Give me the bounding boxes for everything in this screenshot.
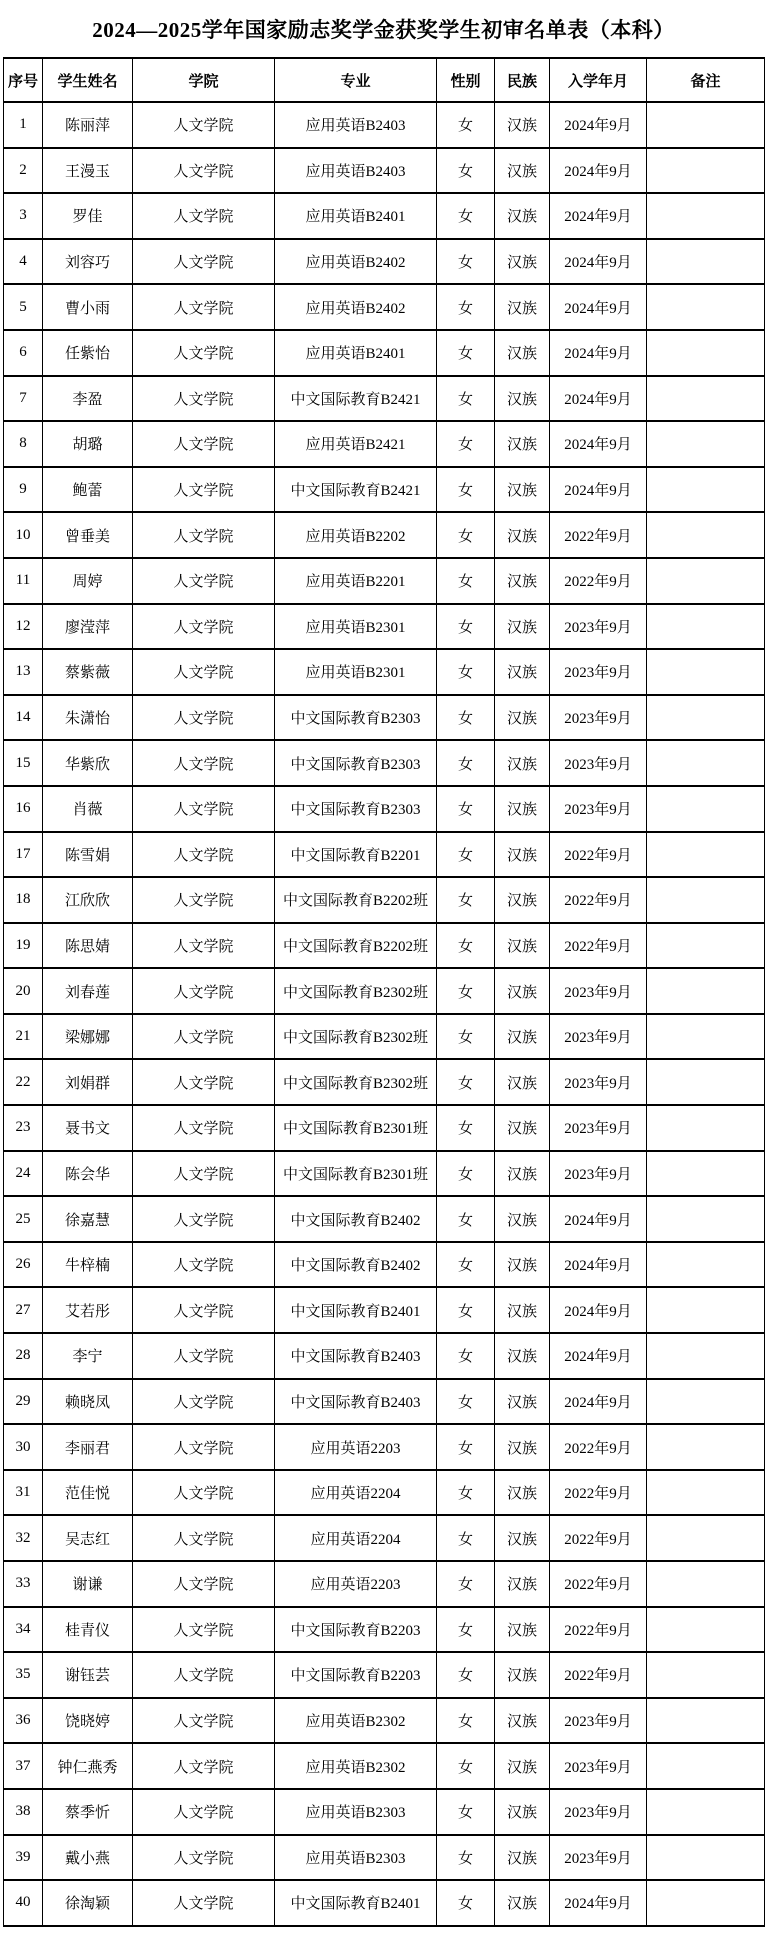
cell-college: 人文学院: [133, 193, 275, 239]
cell-ethnicity: 汉族: [495, 1515, 550, 1561]
cell-name: 艾若彤: [43, 1287, 133, 1333]
table-row: 29赖晓凤人文学院中文国际教育B2403女汉族2024年9月: [4, 1379, 765, 1425]
cell-ethnicity: 汉族: [495, 1561, 550, 1607]
cell-ethnicity: 汉族: [495, 740, 550, 786]
cell-remark: [647, 1424, 765, 1470]
cell-no: 36: [4, 1698, 43, 1744]
cell-gender: 女: [437, 148, 495, 194]
cell-no: 29: [4, 1379, 43, 1425]
table-row: 16肖薇人文学院中文国际教育B2303女汉族2023年9月: [4, 786, 765, 832]
table-row: 13蔡紫薇人文学院应用英语B2301女汉族2023年9月: [4, 649, 765, 695]
cell-ethnicity: 汉族: [495, 148, 550, 194]
cell-gender: 女: [437, 695, 495, 741]
cell-remark: [647, 330, 765, 376]
cell-ethnicity: 汉族: [495, 832, 550, 878]
cell-gender: 女: [437, 1515, 495, 1561]
cell-major: 应用英语B2202: [275, 512, 437, 558]
cell-name: 李丽君: [43, 1424, 133, 1470]
cell-remark: [647, 923, 765, 969]
cell-remark: [647, 239, 765, 285]
cell-remark: [647, 1607, 765, 1653]
cell-no: 12: [4, 604, 43, 650]
cell-ethnicity: 汉族: [495, 604, 550, 650]
cell-ethnicity: 汉族: [495, 1698, 550, 1744]
cell-ethnicity: 汉族: [495, 330, 550, 376]
table-row: 1陈丽萍人文学院应用英语B2403女汉族2024年9月: [4, 102, 765, 148]
cell-college: 人文学院: [133, 1835, 275, 1881]
cell-gender: 女: [437, 1652, 495, 1698]
cell-ethnicity: 汉族: [495, 877, 550, 923]
cell-gender: 女: [437, 1424, 495, 1470]
cell-enroll: 2022年9月: [550, 923, 647, 969]
cell-ethnicity: 汉族: [495, 649, 550, 695]
table-row: 4刘容巧人文学院应用英语B2402女汉族2024年9月: [4, 239, 765, 285]
cell-remark: [647, 558, 765, 604]
title-bar: 2024—2025学年国家励志奖学金获奖学生初审名单表（本科）: [0, 0, 767, 57]
cell-college: 人文学院: [133, 1515, 275, 1561]
header-ethnicity: 民族: [495, 58, 550, 102]
cell-remark: [647, 832, 765, 878]
cell-name: 聂书文: [43, 1105, 133, 1151]
table-header: 序号 学生姓名 学院 专业 性别 民族 入学年月 备注: [4, 58, 765, 102]
cell-no: 40: [4, 1880, 43, 1926]
table-row: 35谢钰芸人文学院中文国际教育B2203女汉族2022年9月: [4, 1652, 765, 1698]
cell-name: 吴志红: [43, 1515, 133, 1561]
cell-enroll: 2023年9月: [550, 740, 647, 786]
cell-name: 江欣欣: [43, 877, 133, 923]
cell-name: 王漫玉: [43, 148, 133, 194]
cell-no: 28: [4, 1333, 43, 1379]
cell-name: 任紫怡: [43, 330, 133, 376]
cell-enroll: 2024年9月: [550, 102, 647, 148]
cell-college: 人文学院: [133, 786, 275, 832]
cell-major: 应用英语B2302: [275, 1743, 437, 1789]
cell-name: 蔡季忻: [43, 1789, 133, 1835]
cell-enroll: 2024年9月: [550, 239, 647, 285]
cell-name: 李宁: [43, 1333, 133, 1379]
cell-gender: 女: [437, 1743, 495, 1789]
cell-name: 陈会华: [43, 1151, 133, 1197]
cell-remark: [647, 968, 765, 1014]
cell-ethnicity: 汉族: [495, 193, 550, 239]
cell-no: 13: [4, 649, 43, 695]
cell-major: 应用英语B2302: [275, 1698, 437, 1744]
table-row: 30李丽君人文学院应用英语2203女汉族2022年9月: [4, 1424, 765, 1470]
cell-college: 人文学院: [133, 1242, 275, 1288]
table-row: 28李宁人文学院中文国际教育B2403女汉族2024年9月: [4, 1333, 765, 1379]
cell-name: 牛梓楠: [43, 1242, 133, 1288]
cell-remark: [647, 1196, 765, 1242]
cell-major: 应用英语2203: [275, 1424, 437, 1470]
cell-remark: [647, 604, 765, 650]
table-row: 22刘娟群人文学院中文国际教育B2302班女汉族2023年9月: [4, 1059, 765, 1105]
cell-ethnicity: 汉族: [495, 421, 550, 467]
cell-major: 中文国际教育B2203: [275, 1607, 437, 1653]
cell-no: 15: [4, 740, 43, 786]
cell-gender: 女: [437, 1880, 495, 1926]
cell-name: 罗佳: [43, 193, 133, 239]
header-remark: 备注: [647, 58, 765, 102]
cell-major: 中文国际教育B2402: [275, 1196, 437, 1242]
cell-no: 19: [4, 923, 43, 969]
cell-name: 李盈: [43, 376, 133, 422]
cell-no: 17: [4, 832, 43, 878]
cell-name: 曾垂美: [43, 512, 133, 558]
cell-remark: [647, 1743, 765, 1789]
cell-ethnicity: 汉族: [495, 239, 550, 285]
cell-remark: [647, 148, 765, 194]
cell-no: 1: [4, 102, 43, 148]
cell-enroll: 2024年9月: [550, 1880, 647, 1926]
cell-remark: [647, 877, 765, 923]
cell-college: 人文学院: [133, 512, 275, 558]
cell-ethnicity: 汉族: [495, 923, 550, 969]
cell-enroll: 2022年9月: [550, 1515, 647, 1561]
cell-name: 刘容巧: [43, 239, 133, 285]
table-row: 24陈会华人文学院中文国际教育B2301班女汉族2023年9月: [4, 1151, 765, 1197]
cell-major: 中文国际教育B2403: [275, 1379, 437, 1425]
cell-no: 32: [4, 1515, 43, 1561]
cell-enroll: 2024年9月: [550, 330, 647, 376]
cell-gender: 女: [437, 421, 495, 467]
cell-no: 25: [4, 1196, 43, 1242]
cell-enroll: 2023年9月: [550, 604, 647, 650]
cell-major: 应用英语B2303: [275, 1835, 437, 1881]
cell-college: 人文学院: [133, 832, 275, 878]
cell-college: 人文学院: [133, 1652, 275, 1698]
table-row: 33谢谦人文学院应用英语2203女汉族2022年9月: [4, 1561, 765, 1607]
cell-gender: 女: [437, 1287, 495, 1333]
cell-remark: [647, 1014, 765, 1060]
cell-ethnicity: 汉族: [495, 512, 550, 558]
cell-name: 曹小雨: [43, 284, 133, 330]
cell-enroll: 2023年9月: [550, 1743, 647, 1789]
cell-major: 中文国际教育B2303: [275, 695, 437, 741]
cell-college: 人文学院: [133, 1698, 275, 1744]
table-row: 38蔡季忻人文学院应用英语B2303女汉族2023年9月: [4, 1789, 765, 1835]
cell-name: 饶晓婷: [43, 1698, 133, 1744]
cell-college: 人文学院: [133, 1287, 275, 1333]
table-row: 40徐淘颖人文学院中文国际教育B2401女汉族2024年9月: [4, 1880, 765, 1926]
cell-enroll: 2022年9月: [550, 1470, 647, 1516]
cell-ethnicity: 汉族: [495, 102, 550, 148]
cell-gender: 女: [437, 1470, 495, 1516]
cell-name: 朱潇怡: [43, 695, 133, 741]
table-row: 12廖滢萍人文学院应用英语B2301女汉族2023年9月: [4, 604, 765, 650]
table-row: 5曹小雨人文学院应用英语B2402女汉族2024年9月: [4, 284, 765, 330]
table-row: 9鲍蕾人文学院中文国际教育B2421女汉族2024年9月: [4, 467, 765, 513]
cell-college: 人文学院: [133, 695, 275, 741]
header-gender: 性别: [437, 58, 495, 102]
table-row: 7李盈人文学院中文国际教育B2421女汉族2024年9月: [4, 376, 765, 422]
header-enroll: 入学年月: [550, 58, 647, 102]
cell-enroll: 2022年9月: [550, 877, 647, 923]
table-row: 31范佳悦人文学院应用英语2204女汉族2022年9月: [4, 1470, 765, 1516]
cell-ethnicity: 汉族: [495, 1652, 550, 1698]
header-name: 学生姓名: [43, 58, 133, 102]
table-row: 8胡璐人文学院应用英语B2421女汉族2024年9月: [4, 421, 765, 467]
cell-remark: [647, 512, 765, 558]
cell-no: 5: [4, 284, 43, 330]
cell-gender: 女: [437, 558, 495, 604]
cell-college: 人文学院: [133, 330, 275, 376]
cell-ethnicity: 汉族: [495, 558, 550, 604]
cell-name: 鲍蕾: [43, 467, 133, 513]
scholarship-roster-table: 序号 学生姓名 学院 专业 性别 民族 入学年月 备注 1陈丽萍人文学院应用英语…: [3, 57, 765, 1927]
cell-gender: 女: [437, 284, 495, 330]
cell-name: 谢谦: [43, 1561, 133, 1607]
cell-remark: [647, 1287, 765, 1333]
cell-major: 中文国际教育B2202班: [275, 877, 437, 923]
cell-remark: [647, 786, 765, 832]
table-row: 14朱潇怡人文学院中文国际教育B2303女汉族2023年9月: [4, 695, 765, 741]
cell-college: 人文学院: [133, 1789, 275, 1835]
cell-enroll: 2022年9月: [550, 1561, 647, 1607]
cell-major: 应用英语B2402: [275, 284, 437, 330]
cell-name: 戴小燕: [43, 1835, 133, 1881]
cell-enroll: 2024年9月: [550, 1333, 647, 1379]
cell-enroll: 2024年9月: [550, 421, 647, 467]
cell-gender: 女: [437, 1014, 495, 1060]
cell-name: 徐淘颖: [43, 1880, 133, 1926]
header-row: 序号 学生姓名 学院 专业 性别 民族 入学年月 备注: [4, 58, 765, 102]
cell-major: 应用英语B2402: [275, 239, 437, 285]
cell-enroll: 2024年9月: [550, 1287, 647, 1333]
cell-no: 38: [4, 1789, 43, 1835]
cell-no: 39: [4, 1835, 43, 1881]
cell-ethnicity: 汉族: [495, 1424, 550, 1470]
cell-ethnicity: 汉族: [495, 1379, 550, 1425]
cell-major: 中文国际教育B2421: [275, 467, 437, 513]
header-no: 序号: [4, 58, 43, 102]
cell-enroll: 2023年9月: [550, 1014, 647, 1060]
cell-name: 谢钰芸: [43, 1652, 133, 1698]
cell-major: 应用英语B2201: [275, 558, 437, 604]
cell-remark: [647, 1880, 765, 1926]
page-title: 2024—2025学年国家励志奖学金获奖学生初审名单表（本科）: [92, 14, 675, 44]
cell-enroll: 2024年9月: [550, 193, 647, 239]
cell-enroll: 2023年9月: [550, 1151, 647, 1197]
cell-no: 7: [4, 376, 43, 422]
cell-remark: [647, 1835, 765, 1881]
cell-name: 廖滢萍: [43, 604, 133, 650]
cell-ethnicity: 汉族: [495, 1835, 550, 1881]
cell-college: 人文学院: [133, 740, 275, 786]
cell-ethnicity: 汉族: [495, 1242, 550, 1288]
cell-major: 中文国际教育B2403: [275, 1333, 437, 1379]
cell-no: 26: [4, 1242, 43, 1288]
cell-college: 人文学院: [133, 1333, 275, 1379]
cell-remark: [647, 1151, 765, 1197]
cell-major: 应用英语B2403: [275, 102, 437, 148]
cell-major: 中文国际教育B2401: [275, 1880, 437, 1926]
cell-ethnicity: 汉族: [495, 376, 550, 422]
cell-college: 人文学院: [133, 1105, 275, 1151]
cell-name: 范佳悦: [43, 1470, 133, 1516]
cell-ethnicity: 汉族: [495, 1607, 550, 1653]
header-college: 学院: [133, 58, 275, 102]
cell-remark: [647, 1105, 765, 1151]
table-row: 17陈雪娟人文学院中文国际教育B2201女汉族2022年9月: [4, 832, 765, 878]
cell-enroll: 2024年9月: [550, 467, 647, 513]
cell-enroll: 2023年9月: [550, 968, 647, 1014]
cell-remark: [647, 695, 765, 741]
cell-no: 8: [4, 421, 43, 467]
cell-gender: 女: [437, 1607, 495, 1653]
cell-remark: [647, 1652, 765, 1698]
cell-gender: 女: [437, 832, 495, 878]
cell-no: 31: [4, 1470, 43, 1516]
cell-college: 人文学院: [133, 148, 275, 194]
cell-remark: [647, 421, 765, 467]
cell-ethnicity: 汉族: [495, 1333, 550, 1379]
cell-remark: [647, 740, 765, 786]
cell-college: 人文学院: [133, 239, 275, 285]
cell-major: 应用英语B2301: [275, 649, 437, 695]
cell-no: 10: [4, 512, 43, 558]
cell-gender: 女: [437, 193, 495, 239]
table-row: 32吴志红人文学院应用英语2204女汉族2022年9月: [4, 1515, 765, 1561]
cell-gender: 女: [437, 1333, 495, 1379]
cell-gender: 女: [437, 1059, 495, 1105]
cell-gender: 女: [437, 1561, 495, 1607]
cell-name: 徐嘉慧: [43, 1196, 133, 1242]
cell-college: 人文学院: [133, 1059, 275, 1105]
cell-gender: 女: [437, 786, 495, 832]
cell-gender: 女: [437, 649, 495, 695]
cell-no: 21: [4, 1014, 43, 1060]
cell-college: 人文学院: [133, 1424, 275, 1470]
cell-name: 钟仁燕秀: [43, 1743, 133, 1789]
cell-gender: 女: [437, 968, 495, 1014]
table-row: 21梁娜娜人文学院中文国际教育B2302班女汉族2023年9月: [4, 1014, 765, 1060]
cell-enroll: 2023年9月: [550, 1789, 647, 1835]
cell-no: 30: [4, 1424, 43, 1470]
cell-remark: [647, 1698, 765, 1744]
cell-no: 4: [4, 239, 43, 285]
cell-name: 刘娟群: [43, 1059, 133, 1105]
cell-name: 陈思婧: [43, 923, 133, 969]
cell-ethnicity: 汉族: [495, 1880, 550, 1926]
cell-major: 中文国际教育B2302班: [275, 1014, 437, 1060]
cell-major: 中文国际教育B2303: [275, 740, 437, 786]
table-row: 3罗佳人文学院应用英语B2401女汉族2024年9月: [4, 193, 765, 239]
cell-no: 23: [4, 1105, 43, 1151]
cell-remark: [647, 376, 765, 422]
cell-remark: [647, 1470, 765, 1516]
cell-ethnicity: 汉族: [495, 786, 550, 832]
cell-major: 应用英语2203: [275, 1561, 437, 1607]
cell-college: 人文学院: [133, 421, 275, 467]
cell-no: 16: [4, 786, 43, 832]
cell-gender: 女: [437, 239, 495, 285]
cell-no: 2: [4, 148, 43, 194]
table-row: 37钟仁燕秀人文学院应用英语B2302女汉族2023年9月: [4, 1743, 765, 1789]
cell-no: 27: [4, 1287, 43, 1333]
cell-remark: [647, 1561, 765, 1607]
cell-remark: [647, 284, 765, 330]
cell-college: 人文学院: [133, 1379, 275, 1425]
cell-ethnicity: 汉族: [495, 1059, 550, 1105]
cell-name: 周婷: [43, 558, 133, 604]
table-row: 10曾垂美人文学院应用英语B2202女汉族2022年9月: [4, 512, 765, 558]
cell-college: 人文学院: [133, 649, 275, 695]
cell-major: 应用英语B2401: [275, 193, 437, 239]
cell-name: 梁娜娜: [43, 1014, 133, 1060]
cell-college: 人文学院: [133, 376, 275, 422]
cell-gender: 女: [437, 330, 495, 376]
cell-no: 22: [4, 1059, 43, 1105]
cell-college: 人文学院: [133, 1470, 275, 1516]
cell-college: 人文学院: [133, 467, 275, 513]
cell-enroll: 2022年9月: [550, 1424, 647, 1470]
cell-enroll: 2024年9月: [550, 1242, 647, 1288]
cell-no: 11: [4, 558, 43, 604]
cell-major: 应用英语2204: [275, 1515, 437, 1561]
table-row: 36饶晓婷人文学院应用英语B2302女汉族2023年9月: [4, 1698, 765, 1744]
cell-name: 赖晓凤: [43, 1379, 133, 1425]
cell-no: 34: [4, 1607, 43, 1653]
cell-ethnicity: 汉族: [495, 284, 550, 330]
cell-gender: 女: [437, 740, 495, 786]
cell-ethnicity: 汉族: [495, 467, 550, 513]
table-row: 23聂书文人文学院中文国际教育B2301班女汉族2023年9月: [4, 1105, 765, 1151]
cell-major: 应用英语B2301: [275, 604, 437, 650]
cell-enroll: 2023年9月: [550, 649, 647, 695]
cell-college: 人文学院: [133, 1880, 275, 1926]
cell-no: 14: [4, 695, 43, 741]
cell-gender: 女: [437, 1835, 495, 1881]
cell-gender: 女: [437, 512, 495, 558]
cell-college: 人文学院: [133, 1196, 275, 1242]
cell-remark: [647, 467, 765, 513]
cell-no: 24: [4, 1151, 43, 1197]
cell-no: 33: [4, 1561, 43, 1607]
cell-ethnicity: 汉族: [495, 1470, 550, 1516]
cell-gender: 女: [437, 1379, 495, 1425]
cell-enroll: 2024年9月: [550, 284, 647, 330]
table-row: 34桂青仪人文学院中文国际教育B2203女汉族2022年9月: [4, 1607, 765, 1653]
cell-name: 肖薇: [43, 786, 133, 832]
cell-name: 陈丽萍: [43, 102, 133, 148]
cell-major: 应用英语2204: [275, 1470, 437, 1516]
cell-college: 人文学院: [133, 923, 275, 969]
cell-gender: 女: [437, 1196, 495, 1242]
cell-enroll: 2024年9月: [550, 376, 647, 422]
cell-remark: [647, 1789, 765, 1835]
table-row: 15华紫欣人文学院中文国际教育B2303女汉族2023年9月: [4, 740, 765, 786]
cell-college: 人文学院: [133, 1014, 275, 1060]
cell-college: 人文学院: [133, 1607, 275, 1653]
cell-remark: [647, 1333, 765, 1379]
cell-gender: 女: [437, 102, 495, 148]
cell-enroll: 2022年9月: [550, 512, 647, 558]
cell-no: 35: [4, 1652, 43, 1698]
cell-ethnicity: 汉族: [495, 1789, 550, 1835]
cell-enroll: 2023年9月: [550, 786, 647, 832]
cell-gender: 女: [437, 877, 495, 923]
cell-ethnicity: 汉族: [495, 1105, 550, 1151]
cell-enroll: 2023年9月: [550, 1105, 647, 1151]
cell-name: 胡璐: [43, 421, 133, 467]
cell-gender: 女: [437, 1105, 495, 1151]
cell-name: 蔡紫薇: [43, 649, 133, 695]
cell-college: 人文学院: [133, 102, 275, 148]
table-row: 11周婷人文学院应用英语B2201女汉族2022年9月: [4, 558, 765, 604]
cell-enroll: 2023年9月: [550, 1835, 647, 1881]
cell-enroll: 2023年9月: [550, 1059, 647, 1105]
cell-gender: 女: [437, 923, 495, 969]
